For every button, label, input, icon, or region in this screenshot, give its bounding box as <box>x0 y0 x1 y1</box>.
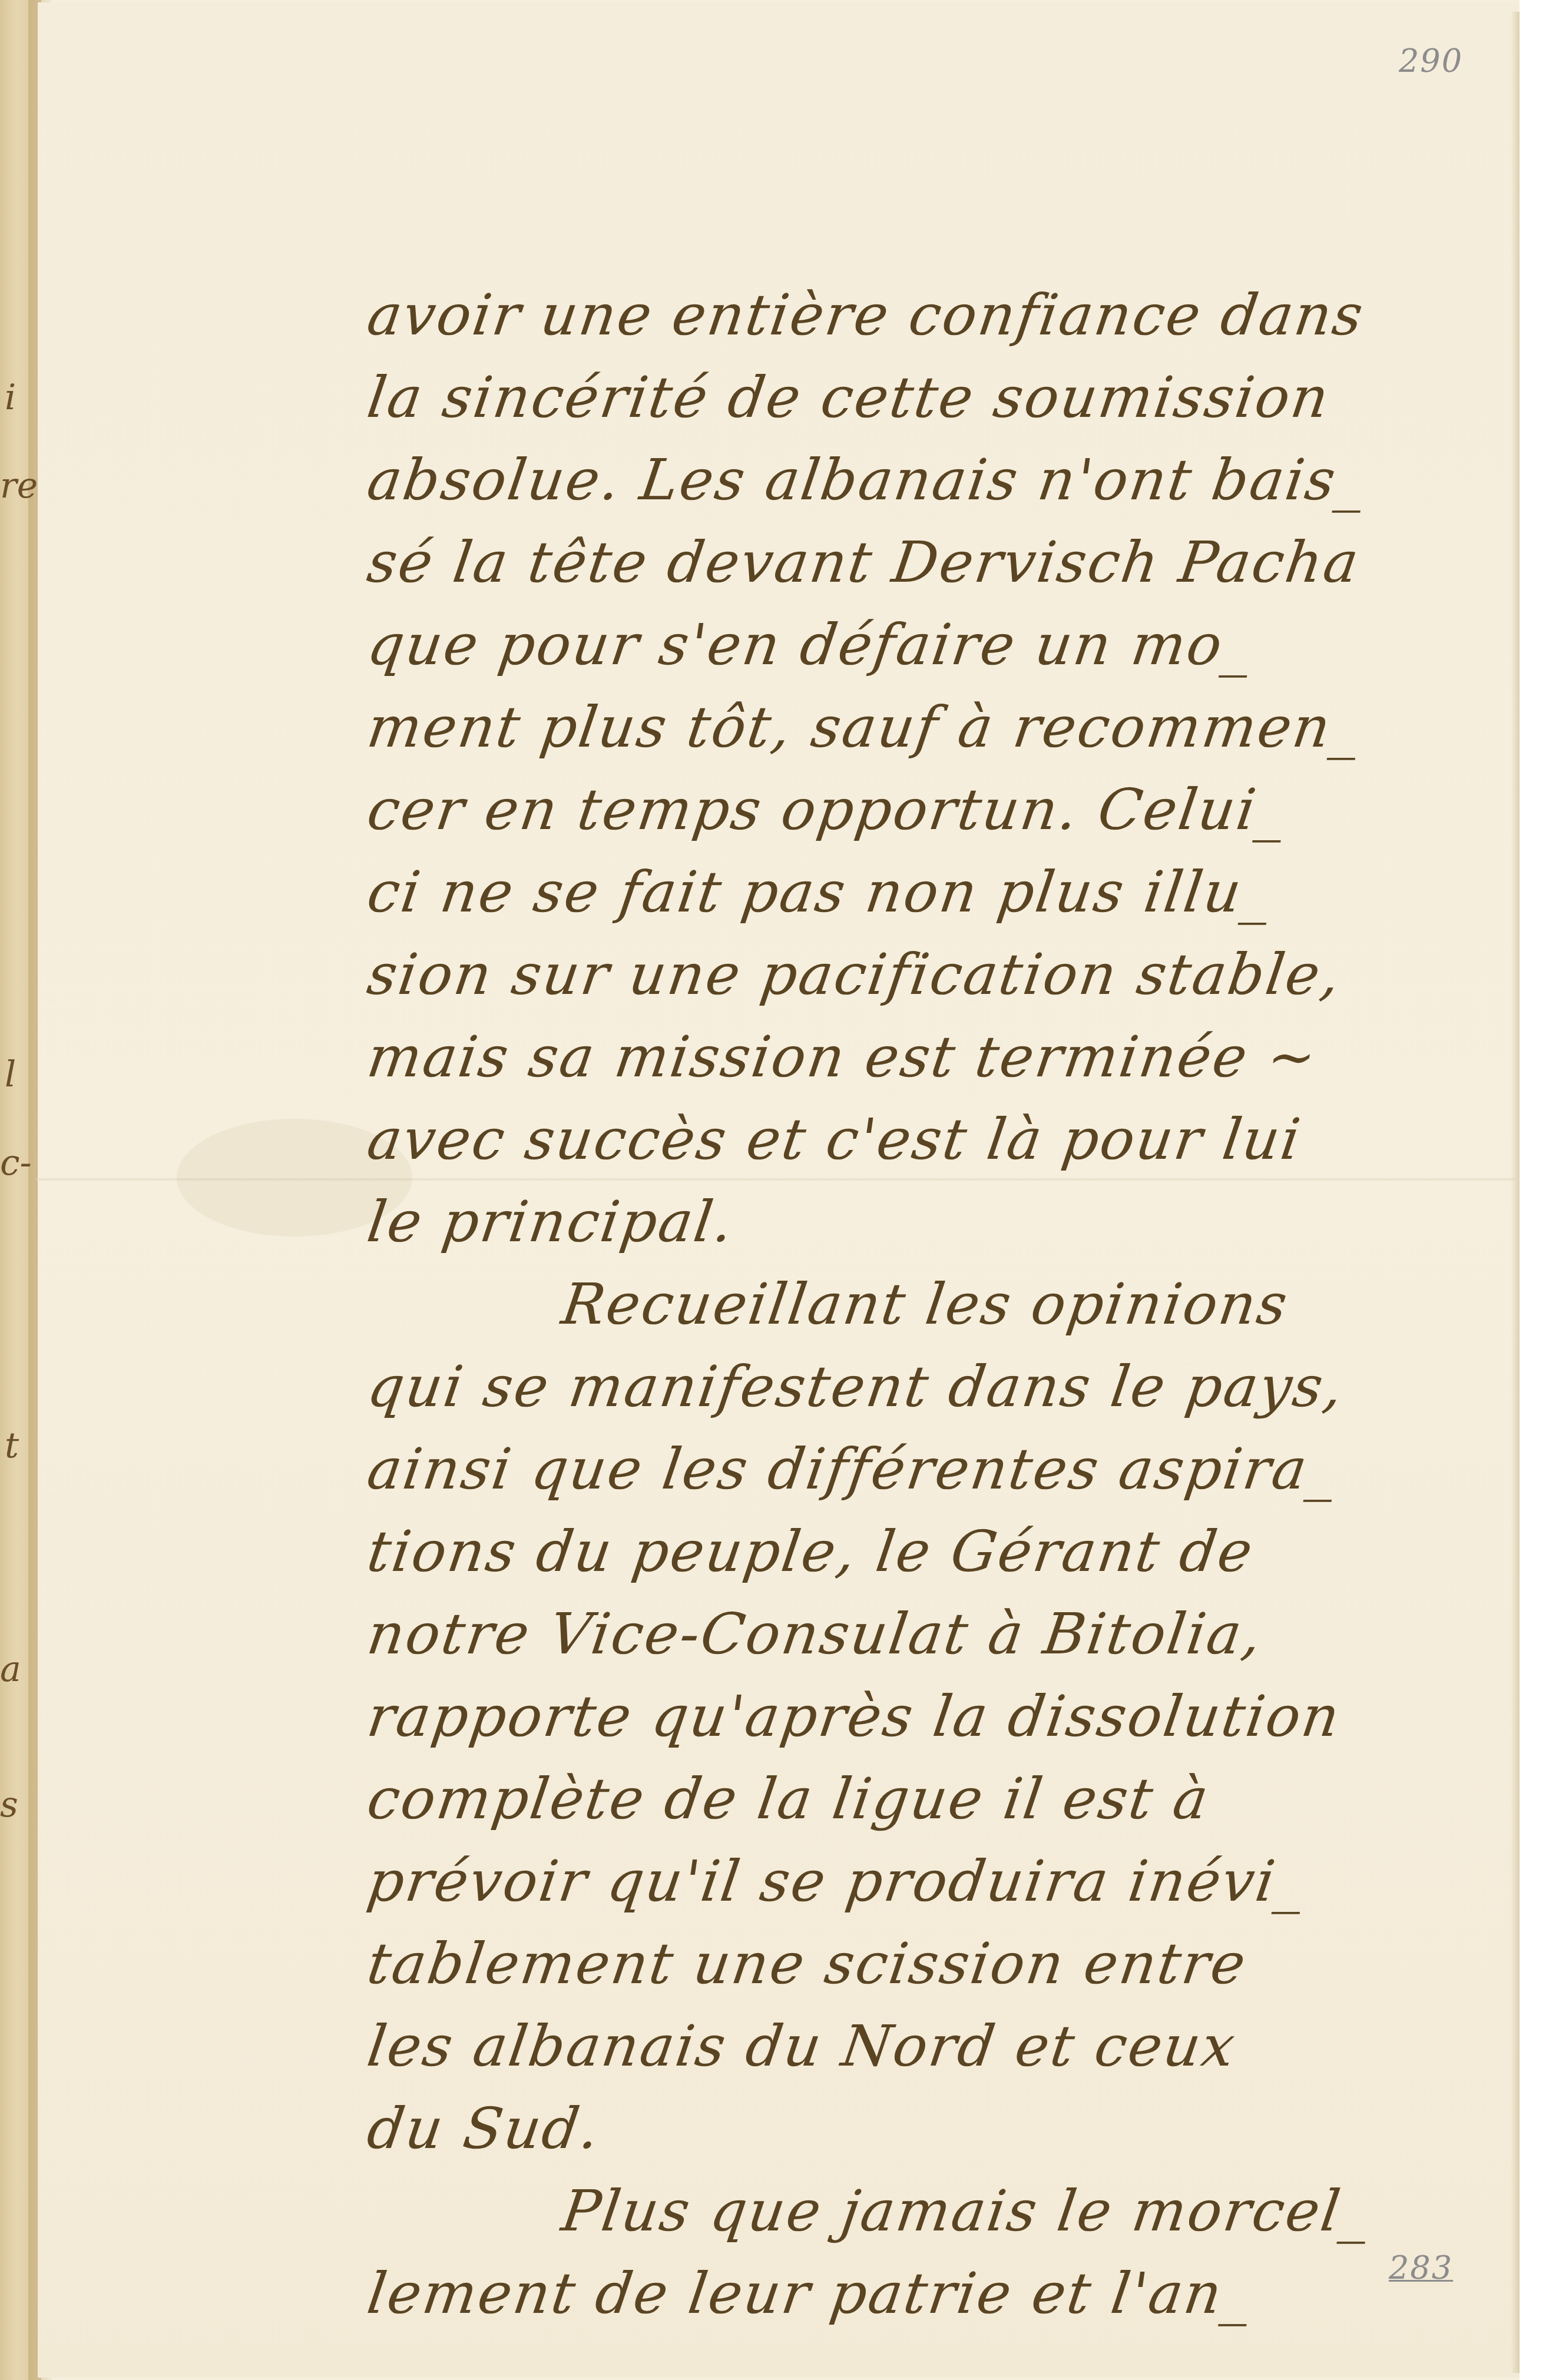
text-line: qui se manifestent dans le pays, <box>362 1345 1528 1428</box>
margin-fragment: i <box>5 377 16 418</box>
text-line: mais sa mission est terminée ~ <box>362 1016 1528 1098</box>
text-line: ment plus tôt, sauf à recommen_ <box>362 686 1528 768</box>
text-line: sion sur une pacification stable, <box>362 933 1528 1016</box>
text-line: cer en temps opportun. Celui_ <box>362 768 1528 851</box>
margin-fragment: s <box>0 1784 18 1825</box>
scanned-document: i re l c- t a s 290 283 avoir une entièr… <box>0 0 1549 2380</box>
text-line: tablement une scission entre <box>362 1922 1528 2005</box>
text-line: avec succès et c'est là pour lui <box>362 1098 1528 1181</box>
text-line: ainsi que les différentes aspira_ <box>362 1428 1528 1510</box>
margin-fragment: c- <box>0 1142 32 1184</box>
margin-fragment: l <box>5 1054 16 1095</box>
text-line: absolue. Les albanais n'ont bais_ <box>362 439 1528 521</box>
text-line: le principal. <box>362 1181 1528 1263</box>
text-line: rapporte qu'après la dissolution <box>362 1675 1528 1758</box>
paragraph-start-line: Recueillant les opinions <box>362 1263 1528 1345</box>
text-line: du Sud. <box>362 2087 1528 2170</box>
text-line: les albanais du Nord et ceux <box>362 2005 1528 2087</box>
text-line: complète de la ligue il est à <box>362 1758 1528 1840</box>
text-line: tions du peuple, le Gérant de <box>362 1510 1528 1593</box>
text-line: prévoir qu'il se produira inévi_ <box>362 1840 1528 1922</box>
text-line: avoir une entière confiance dans <box>362 274 1528 356</box>
handwritten-text: avoir une entière confiance dans la sinc… <box>362 274 1517 2335</box>
margin-fragment: a <box>0 1649 21 1690</box>
text-line: que pour s'en défaire un mo_ <box>362 604 1528 686</box>
margin-fragment: t <box>5 1425 19 1466</box>
text-line: sé la tête devant Dervisch Pacha <box>362 521 1528 604</box>
folio-number-top: 290 <box>1399 42 1463 79</box>
text-line: ci ne se fait pas non plus illu_ <box>362 851 1528 933</box>
margin-fragment: re <box>0 465 38 506</box>
paragraph-start-line: Plus que jamais le morcel_ <box>362 2170 1528 2252</box>
text-line: la sincérité de cette soumission <box>362 356 1528 439</box>
text-line: lement de leur patrie et l'an_ <box>362 2252 1528 2335</box>
text-line: notre Vice-Consulat à Bitolia, <box>362 1593 1528 1675</box>
